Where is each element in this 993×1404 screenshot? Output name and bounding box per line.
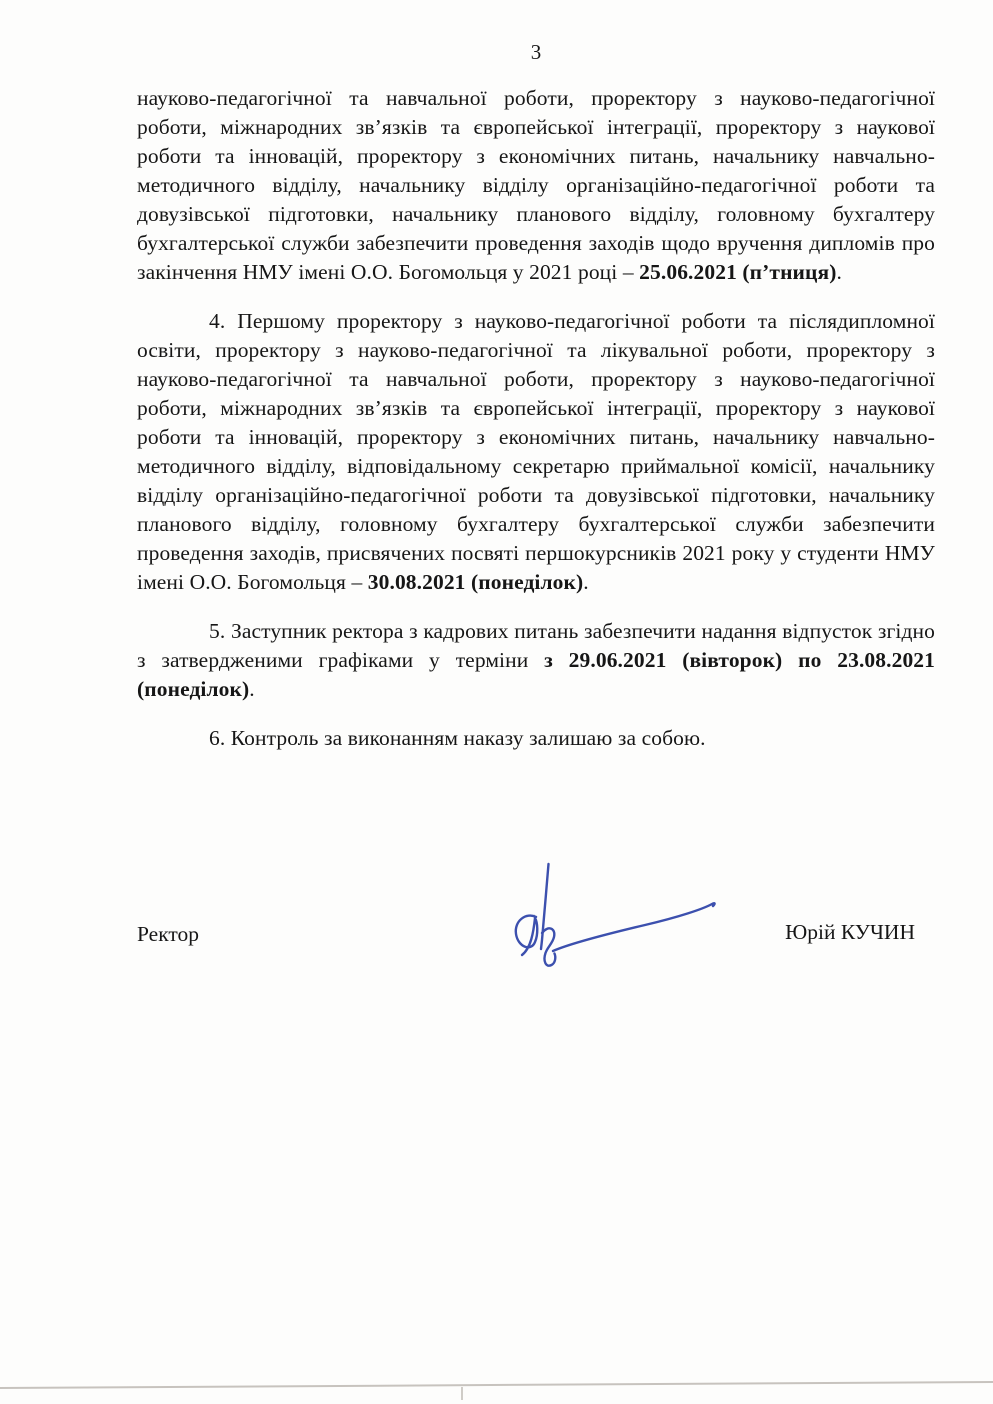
signatory-title: Ректор <box>137 920 199 949</box>
signature-block: Ректор Юрій КУЧИН <box>137 862 935 1002</box>
document-page: 3 науково-педагогічної та навчальної роб… <box>0 0 993 1404</box>
document-body: науково-педагогічної та навчальної робот… <box>137 84 935 773</box>
paragraph-4: 4. Першому проректору з науково-педагогі… <box>137 307 935 597</box>
handwritten-signature-icon <box>507 862 722 994</box>
paragraph-6: 6. Контроль за виконанням наказу залишаю… <box>137 724 935 753</box>
signatory-name: Юрій КУЧИН <box>785 918 915 947</box>
page-number: 3 <box>137 40 935 64</box>
paragraph-continuation: науково-педагогічної та навчальної робот… <box>137 84 935 287</box>
paragraph-5: 5. Заступник ректора з кадрових питань з… <box>137 617 935 704</box>
scan-edge-artifact <box>0 1381 993 1389</box>
scan-tick-artifact <box>461 1387 463 1400</box>
